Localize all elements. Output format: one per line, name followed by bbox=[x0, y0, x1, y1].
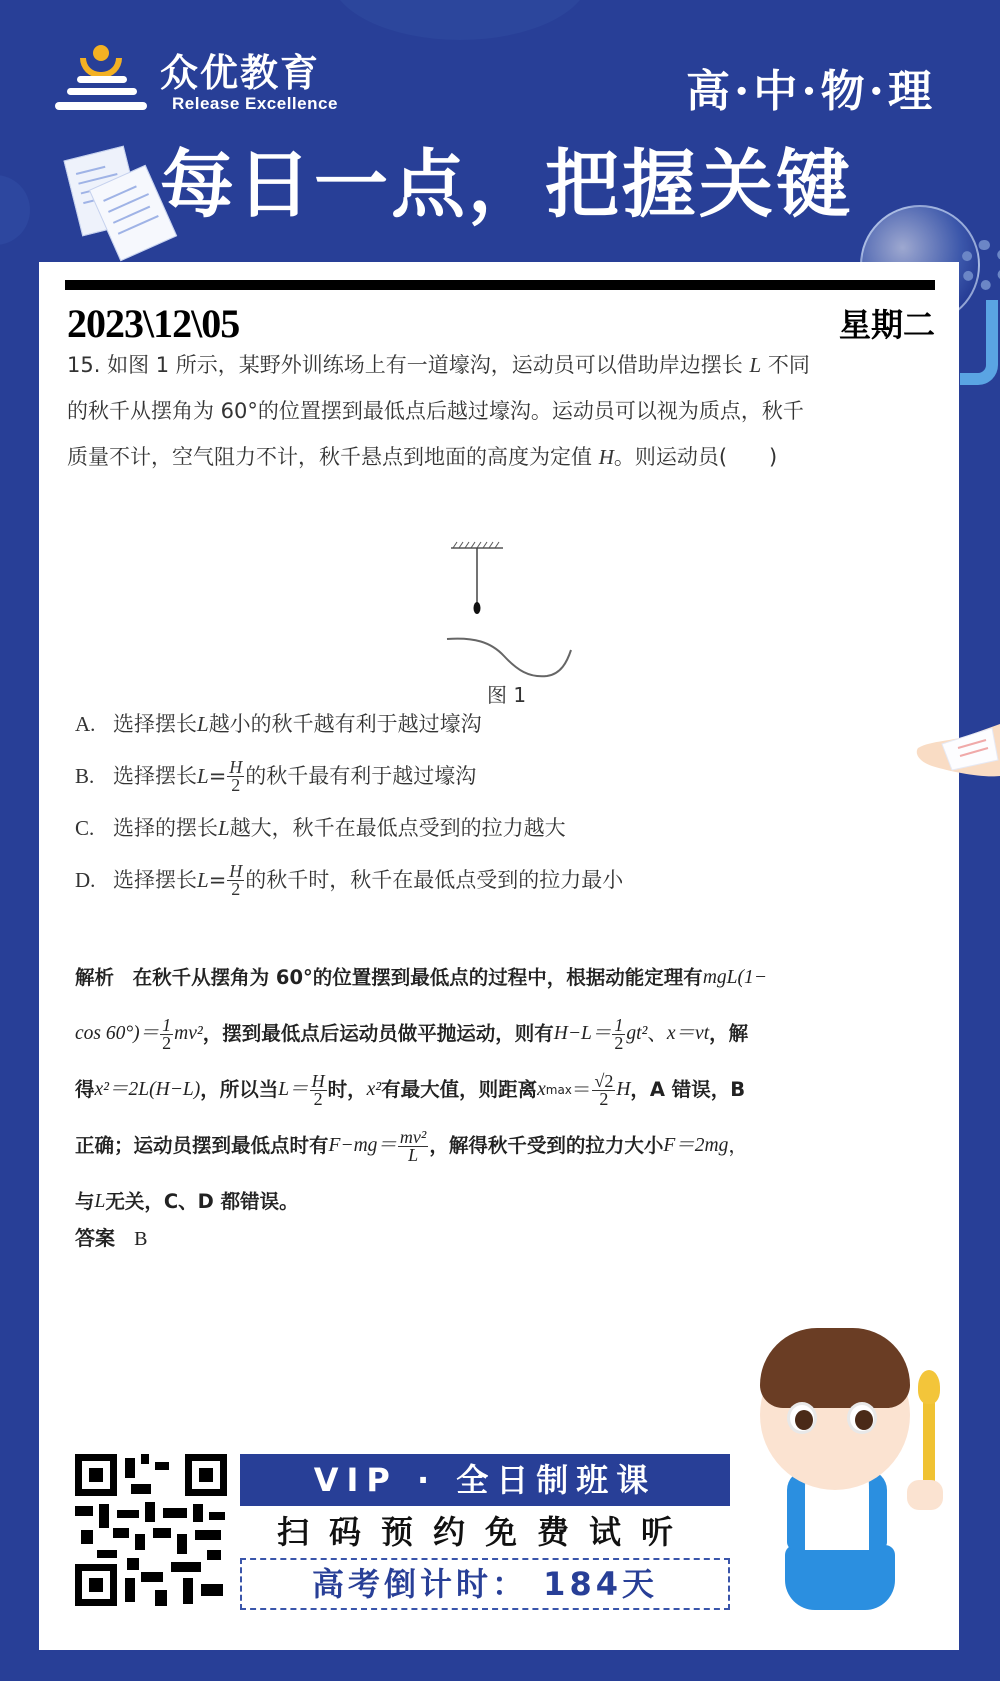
analysis-line: 解析 在秋千从摆角为 60°的位置摆到最低点的过程中，根据动能定理有 mgL(1… bbox=[75, 950, 955, 1006]
answer-options: A.选择摆长 L 越小的秋千越有利于越过壕沟 B.选择摆长 L= H2 的秋千最… bbox=[75, 698, 623, 906]
subject-title: 高·中·物·理 bbox=[686, 55, 936, 119]
question-text: 15. 如图 1 所示，某野外训练场上有一道壕沟，运动员可以借助岸边摆长 L 不… bbox=[67, 342, 947, 480]
mascot-illustration bbox=[745, 1340, 960, 1650]
scan-prompt: 扫码预约免费试听 bbox=[240, 1506, 730, 1558]
option-b[interactable]: B.选择摆长 L= H2 的秋千最有利于越过壕沟 bbox=[75, 750, 623, 802]
analysis-line: 得 x²＝2L(H−L)，所以当 L＝ H2 时，x² 有最大值，则距离 xma… bbox=[75, 1062, 955, 1118]
date: 2023\12\05 bbox=[67, 300, 239, 347]
analysis-line: 与 L 无关，C、D 都错误。 bbox=[75, 1174, 955, 1230]
paper-curl-icon bbox=[912, 720, 1000, 780]
divider bbox=[65, 280, 935, 290]
option-c[interactable]: C.选择的摆长 L 越大，秋千在最低点受到的拉力越大 bbox=[75, 802, 623, 854]
exam-countdown: 高考倒计时： 184天 bbox=[240, 1558, 730, 1610]
answer-value: B bbox=[134, 1228, 147, 1250]
option-d[interactable]: D.选择摆长 L= H2 的秋千时，秋千在最低点受到的拉力最小 bbox=[75, 854, 623, 906]
answer-label: 答案 bbox=[75, 1226, 115, 1250]
brand-tagline: Release Excellence bbox=[172, 94, 338, 114]
analysis: 解析 在秋千从摆角为 60°的位置摆到最低点的过程中，根据动能定理有 mgL(1… bbox=[75, 950, 955, 1230]
slogan: 每日一点，把握关键 bbox=[160, 145, 853, 225]
option-a[interactable]: A.选择摆长 L 越小的秋千越有利于越过壕沟 bbox=[75, 698, 623, 750]
fraction: H2 bbox=[227, 759, 244, 794]
background-circle bbox=[0, 175, 30, 245]
qr-code[interactable] bbox=[75, 1454, 227, 1606]
question-line: 质量不计，空气阻力不计，秋千悬点到地面的高度为定值 H。则运动员( ) bbox=[67, 434, 947, 480]
documents-icon bbox=[72, 152, 172, 252]
question-line: 的秋千从摆角为 60°的位置摆到最低点后越过壕沟。运动员可以视为质点，秋千 bbox=[67, 388, 947, 434]
background-circle bbox=[330, 0, 590, 40]
analysis-label: 解析 bbox=[75, 950, 114, 1006]
weekday: 星期二 bbox=[839, 300, 935, 346]
brand-logo-icon bbox=[55, 40, 150, 115]
magnet-icon bbox=[960, 300, 998, 385]
fraction: H2 bbox=[227, 863, 244, 898]
promo-panel: VIP · 全日制班课 扫码预约免费试听 高考倒计时： 184天 bbox=[240, 1454, 730, 1610]
countdown-label: 高考倒计时： bbox=[312, 1565, 528, 1603]
countdown-value: 184天 bbox=[543, 1565, 658, 1603]
brand-name: 众优教育 bbox=[160, 52, 338, 94]
analysis-line: cos 60°)＝ 12 mv²，摆到最低点后运动员做平抛运动，则有 H−L＝ … bbox=[75, 1006, 955, 1062]
answer: 答案 B bbox=[75, 1222, 147, 1251]
vip-banner[interactable]: VIP · 全日制班课 bbox=[240, 1454, 730, 1506]
analysis-line: 正确；运动员摆到最低点时有 F−mg＝ mv²L ，解得秋千受到的拉力大小 F＝… bbox=[75, 1118, 955, 1174]
question-line: 15. 如图 1 所示，某野外训练场上有一道壕沟，运动员可以借助岸边摆长 L 不… bbox=[67, 342, 947, 388]
brand: 众优教育 Release Excellence bbox=[160, 52, 338, 114]
